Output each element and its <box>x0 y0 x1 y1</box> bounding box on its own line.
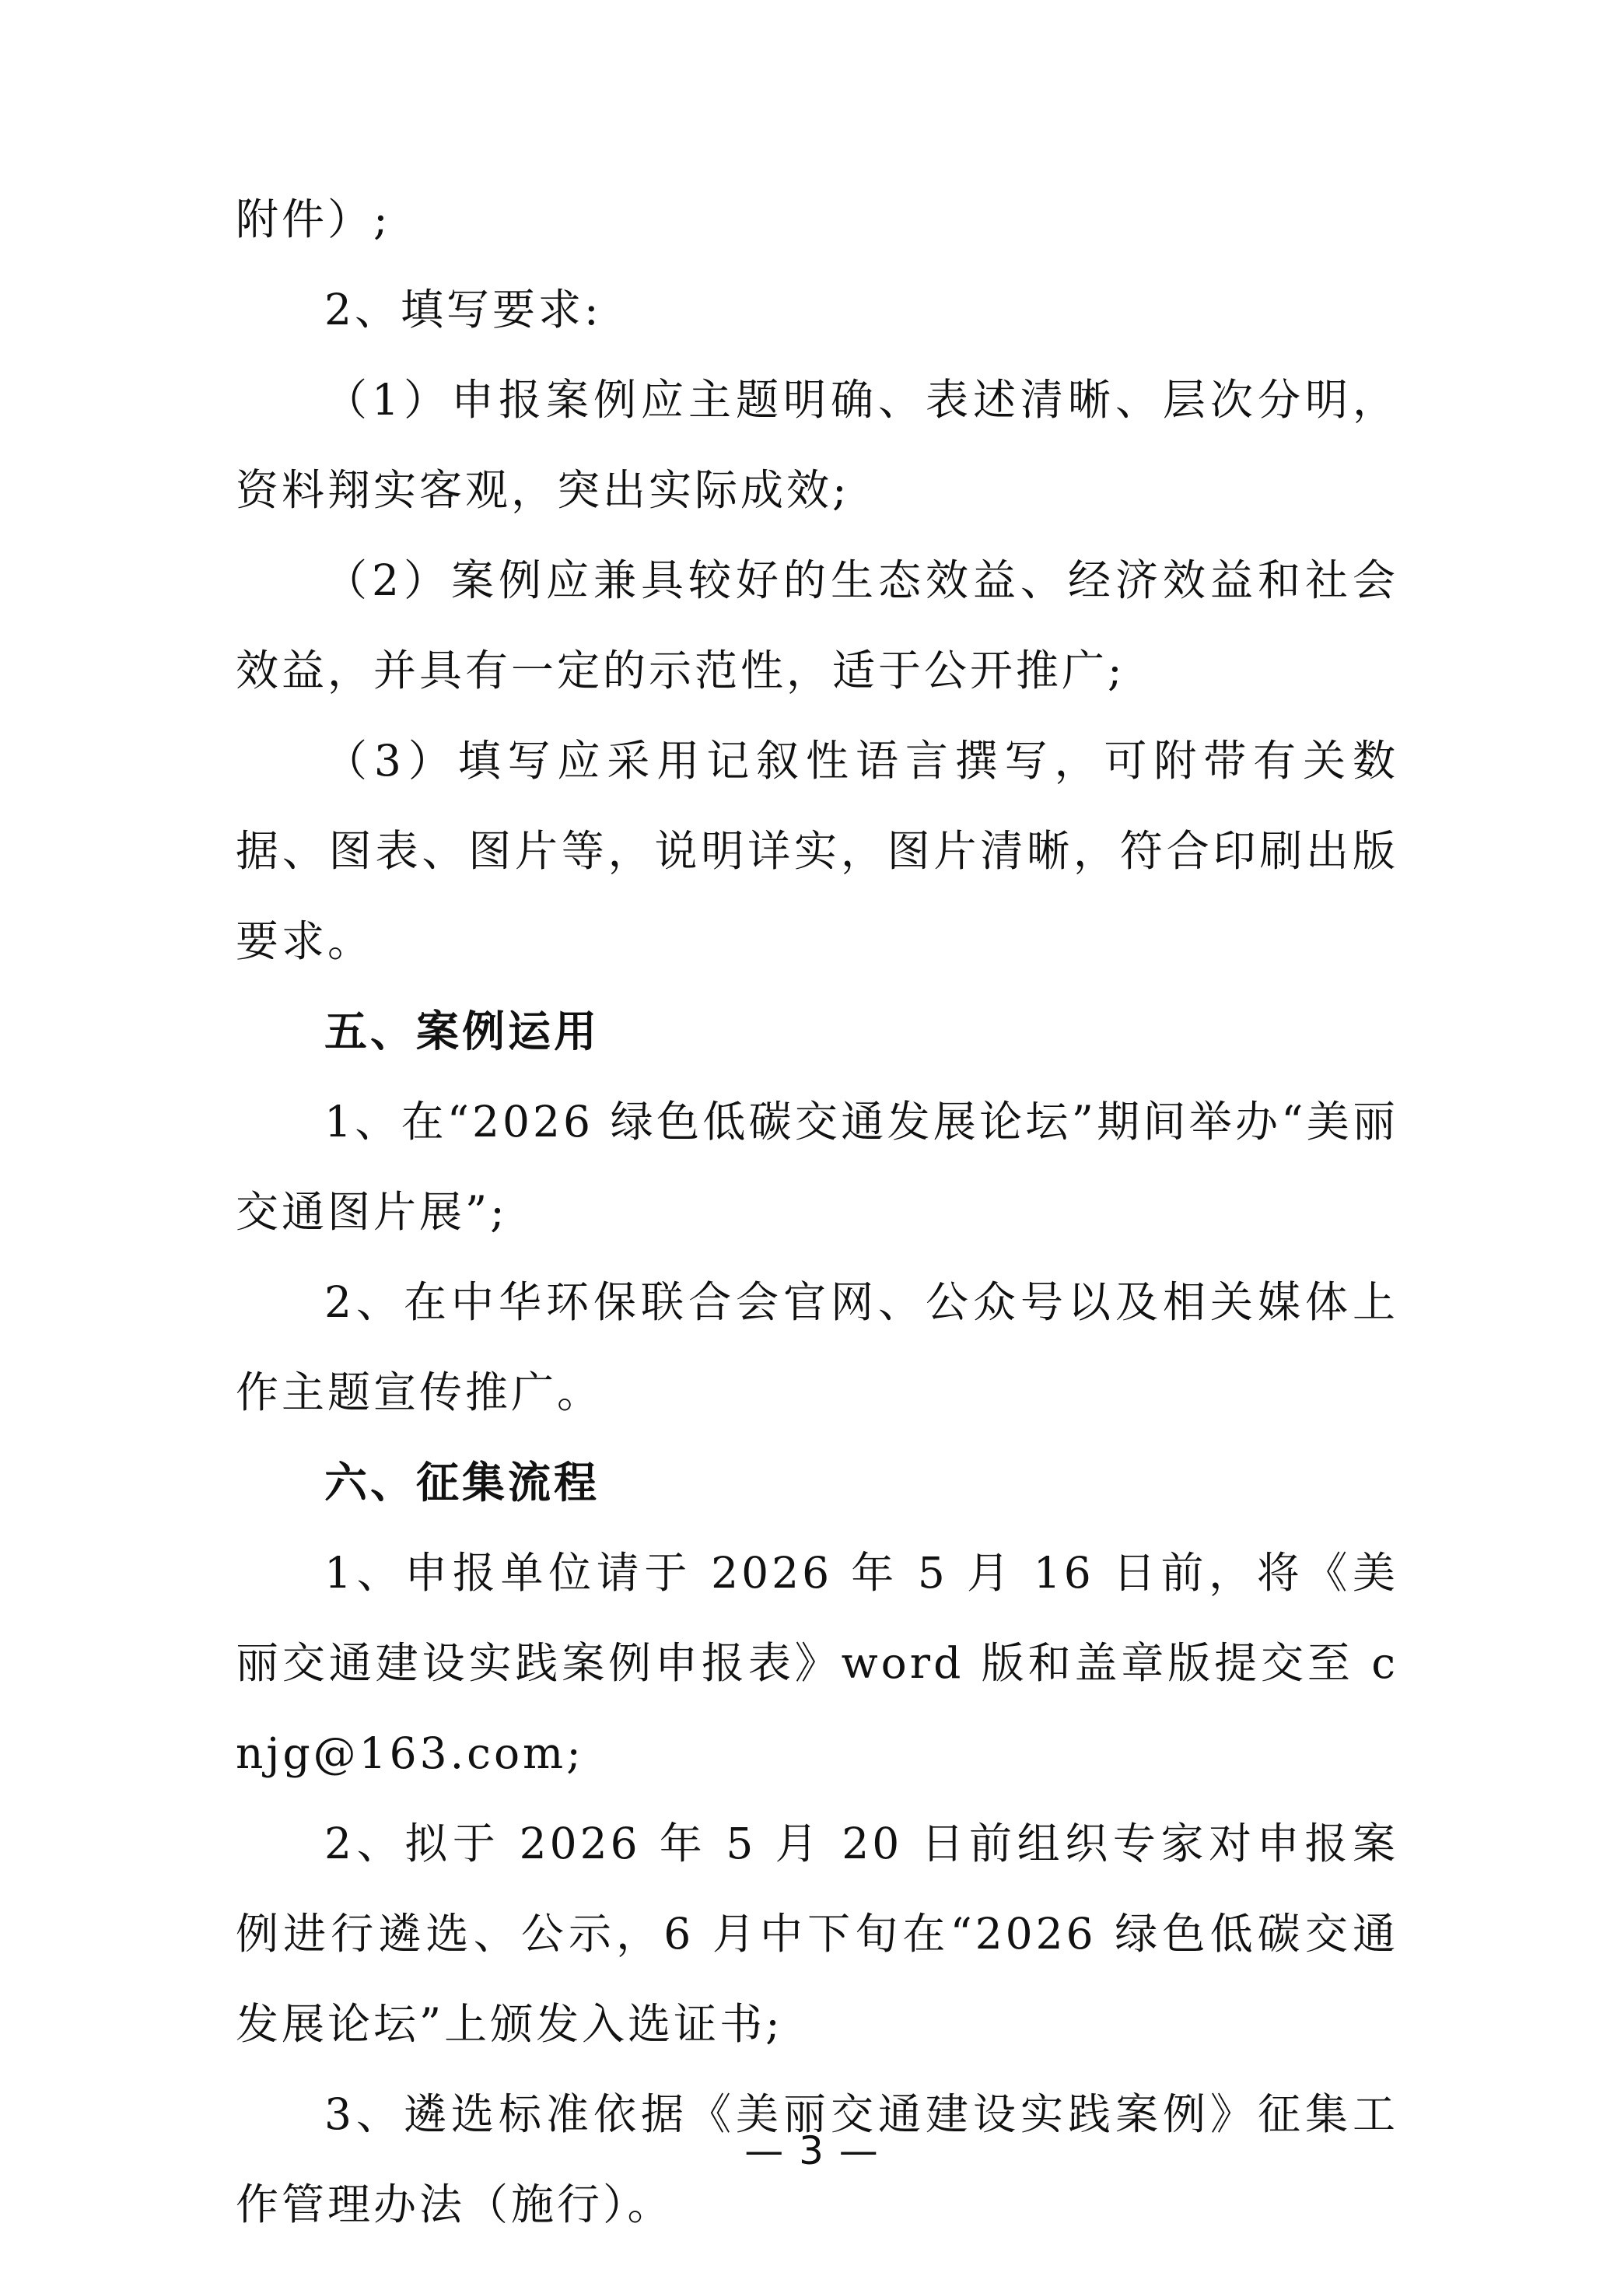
paragraph-process-2: 2、拟于 2026 年 5 月 20 日前组织专家对申报案例进行遴选、公示，6 … <box>236 1798 1398 2069</box>
paragraph-requirement-1: （1）申报案例应主题明确、表述清晰、层次分明，资料翔实客观，突出实际成效; <box>236 355 1398 535</box>
paragraph-requirement-3: （3）填写应采用记叙性语言撰写，可附带有关数据、图表、图片等，说明详实，图片清晰… <box>236 716 1398 986</box>
paragraph-case-use-1: 1、在“2026 绿色低碳交通发展论坛”期间举办“美丽交通图片展”; <box>236 1077 1398 1257</box>
section-heading-case-application: 五、案例运用 <box>236 986 1398 1077</box>
paragraph-process-1: 1、申报单位请于 2026 年 5 月 16 日前，将《美丽交通建设实践案例申报… <box>236 1528 1398 1798</box>
paragraph-requirement-2: （2）案例应兼具较好的生态效益、经济效益和社会效益，并具有一定的示范性，适于公开… <box>236 535 1398 716</box>
section-heading-collection-process: 六、征集流程 <box>236 1437 1398 1528</box>
paragraph-case-use-2: 2、在中华环保联合会官网、公众号以及相关媒体上作主题宣传推广。 <box>236 1257 1398 1437</box>
page-number: — 3 — <box>0 2127 1624 2174</box>
document-body: 附件）; 2、填写要求: （1）申报案例应主题明确、表述清晰、层次分明，资料翔实… <box>236 174 1398 2250</box>
document-page: 附件）; 2、填写要求: （1）申报案例应主题明确、表述清晰、层次分明，资料翔实… <box>0 0 1624 2290</box>
paragraph-fill-requirements: 2、填写要求: <box>236 264 1398 355</box>
paragraph-attachment-tail: 附件）; <box>236 174 1398 264</box>
